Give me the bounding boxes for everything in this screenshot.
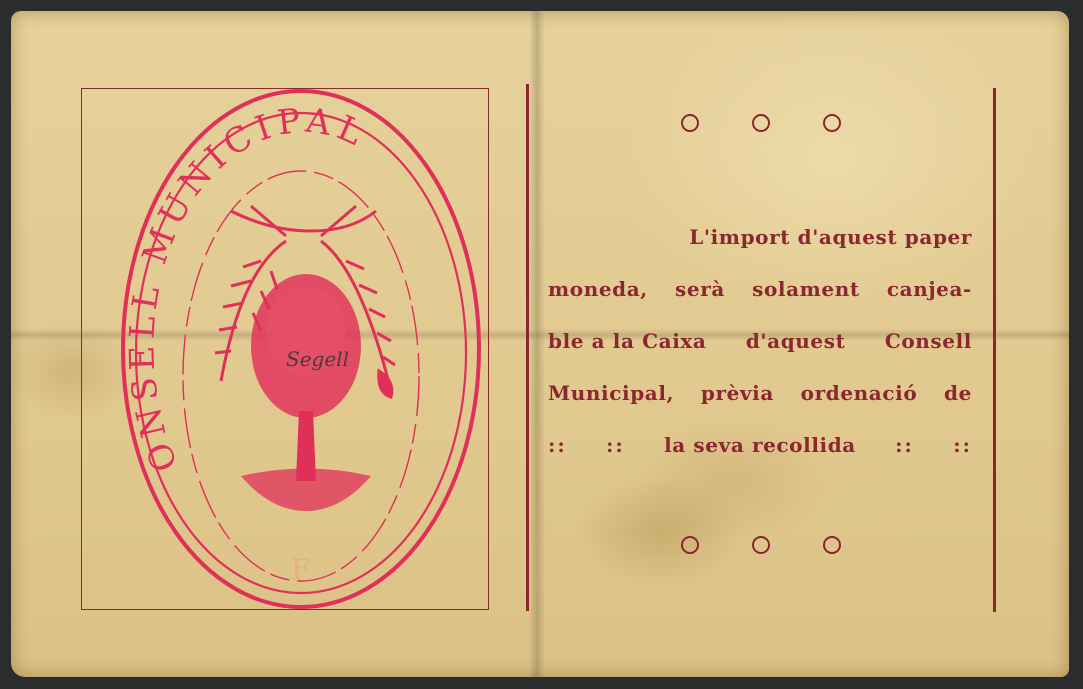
vertical-fold-crease (529, 11, 545, 677)
banknote-reverse: ONSELL MUNICIPAL Segell F (11, 11, 1069, 677)
left-vertical-rule (526, 84, 529, 611)
ornament-circle-icon (752, 114, 770, 132)
text-line-5: :: :: la seva recollida :: :: (548, 419, 972, 471)
municipal-seal-stamp: ONSELL MUNICIPAL Segell F (111, 81, 491, 611)
legal-redemption-text: L'import d'aquest paper moneda, serà sol… (548, 211, 972, 471)
ornament-circle-icon (752, 536, 770, 554)
ornament-circle-icon (681, 114, 699, 132)
tree-emblem-icon (241, 274, 371, 511)
bottom-ornament-circles (681, 536, 841, 558)
text-line-1: L'import d'aquest paper (548, 211, 972, 263)
right-vertical-rule (993, 88, 996, 612)
seal-center-label: Segell (286, 347, 349, 371)
text-line-3: ble a la Caixa d'aquest Consell (548, 315, 972, 367)
ornament-circle-icon (823, 114, 841, 132)
ornament-circle-icon (681, 536, 699, 554)
top-ornament-circles (681, 114, 841, 136)
ornament-circle-icon (823, 536, 841, 554)
text-line-2: moneda, serà solament canjea- (548, 263, 972, 315)
text-line-4: Municipal, prèvia ordenació de (548, 367, 972, 419)
seal-bottom-fragment: F (291, 553, 310, 586)
